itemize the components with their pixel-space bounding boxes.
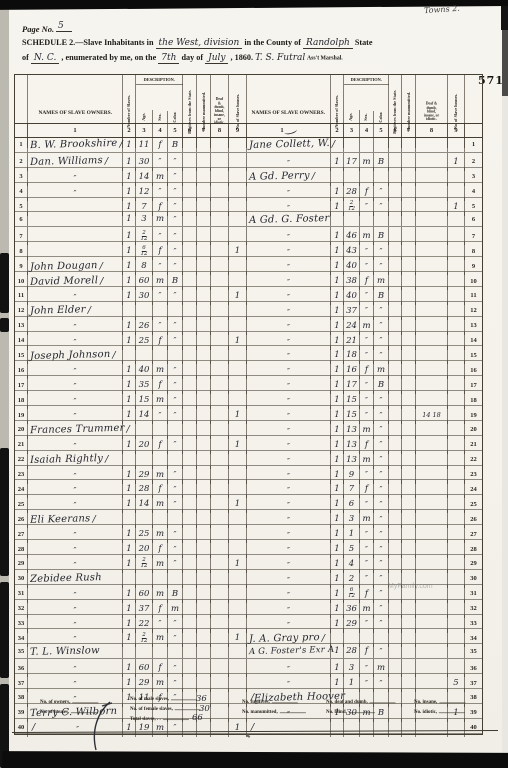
scan-artifact	[0, 318, 9, 332]
slave-count: 1	[126, 157, 131, 167]
cell-sex-right	[360, 212, 374, 226]
ditto: ″	[174, 545, 177, 554]
slave-count: 1	[126, 633, 131, 643]
ditto: ″	[380, 679, 383, 688]
cell-c7-left	[197, 212, 211, 226]
blind-label: No. blind,	[326, 707, 396, 717]
ditto: ″	[380, 321, 383, 330]
slave-count: 1	[126, 589, 131, 599]
ditto: ″	[74, 486, 77, 495]
cell-c7-right	[402, 212, 416, 226]
value: 1	[235, 499, 240, 509]
cell-col-right: ″	[374, 644, 389, 658]
slave-count: 1	[334, 514, 339, 524]
ditto: ″	[159, 157, 162, 166]
age-fraction: 612	[348, 588, 355, 599]
ditto: ″	[365, 545, 368, 554]
table-row-6: 613m″A Gd. G. Foster6	[15, 212, 482, 227]
age-value: 25	[139, 336, 150, 346]
ditto: ″	[380, 306, 383, 315]
ditto: ″	[159, 232, 162, 241]
slave-count: 1	[126, 619, 131, 629]
owner-name: John Elder	[30, 305, 86, 317]
ditto: ″	[174, 411, 177, 420]
slave-count: 1	[334, 350, 339, 360]
blank-line	[163, 719, 189, 720]
ditto: ″	[174, 291, 177, 300]
slave-count: 1	[126, 246, 131, 256]
sex-value: f	[158, 202, 161, 212]
ditto: ″	[174, 202, 177, 211]
insane-label: No. insane,	[414, 697, 465, 707]
row-number: 25	[18, 501, 25, 508]
age-value: 9	[349, 470, 354, 480]
ditto: ″	[287, 606, 290, 615]
owner-name: B. W. Brookshire	[30, 138, 118, 151]
age-value: 28	[346, 646, 357, 656]
check-mark: /	[100, 261, 103, 272]
value: 1	[235, 633, 240, 643]
ditto: ″	[380, 647, 383, 656]
cell-c6-left	[183, 212, 197, 226]
sex-label: Sex.	[157, 113, 162, 120]
slave-count: 1	[126, 276, 131, 286]
ditto: ″	[365, 470, 368, 479]
cell-age-right	[344, 138, 360, 152]
slave-count: 1	[126, 187, 131, 197]
table-row-2: 2Dan. Williams/130″″″117mB12	[15, 153, 482, 168]
cell-c9-left: 1	[229, 719, 247, 737]
row-number: 13	[18, 322, 25, 329]
column-number: 5	[379, 127, 382, 134]
age-value: 17	[346, 380, 357, 390]
ditto: ″	[365, 679, 368, 688]
row-number: 14	[470, 337, 477, 344]
slave-count: 1	[126, 663, 131, 673]
owner-name: Jane Collett, W.	[249, 138, 330, 151]
row-number: 28	[18, 546, 25, 553]
annotation: 14 18	[422, 411, 441, 419]
description-header: DESCRIPTION.	[136, 76, 183, 85]
slave-count: 1	[334, 276, 339, 286]
ditto: ″	[174, 172, 177, 181]
sex-value: m	[362, 425, 370, 435]
ditto: ″	[74, 531, 77, 540]
table-row-26: 26Eli Keerans/″13m″26	[15, 510, 482, 525]
ditto: ″	[159, 411, 162, 420]
ditto: ″	[380, 455, 383, 464]
table-row-25: 25″114m″1″16″″25	[15, 495, 482, 510]
manumitted-label: No. manumitted,	[242, 707, 306, 717]
owner-name: David Morell	[30, 275, 98, 288]
sex-value: m	[156, 395, 164, 405]
color-value: m	[377, 276, 385, 286]
age-value: 35	[139, 380, 150, 390]
sex-value: f	[158, 246, 161, 256]
sex-value: m	[156, 499, 164, 509]
row-number-right: 6	[465, 212, 482, 226]
row-number: 6	[19, 216, 22, 223]
age-value: 13	[346, 425, 357, 435]
row-number: 24	[470, 486, 477, 493]
blank-line	[280, 713, 306, 714]
ditto: ″	[74, 338, 77, 347]
row-number: 9	[19, 263, 22, 270]
ditto: ″	[174, 187, 177, 196]
row-number: 12	[18, 307, 25, 314]
slave-count: 1	[334, 157, 339, 167]
cell-age-right	[344, 212, 360, 226]
cell-s-left	[123, 644, 136, 658]
footer-insane-group: No. insane, No. idiotic,	[414, 697, 465, 717]
owner-name-cell-left: T. L. Winslow	[28, 644, 123, 658]
slave-count: 1	[334, 484, 339, 494]
ditto: ″	[380, 425, 383, 434]
row-number: 30	[470, 575, 477, 582]
sex-value: m	[156, 589, 164, 599]
slave-count: 1	[126, 559, 131, 569]
table-row-7: 71212″″″146mB7	[15, 227, 482, 242]
ditto: ″	[365, 664, 368, 673]
age-value: 60	[139, 663, 150, 673]
slave-count: 1	[126, 604, 131, 614]
color-value: B	[378, 157, 384, 167]
slave-count: 1	[334, 380, 339, 390]
row-number: 9	[472, 263, 475, 270]
slave-count: 1	[126, 544, 131, 554]
cell-sex-left: m	[153, 212, 168, 226]
ditto: ″	[74, 442, 77, 451]
age-value: 30	[139, 291, 150, 301]
table-row-19: 19″114″″1″115″″14 1819	[15, 406, 482, 421]
ditto: ″	[74, 323, 77, 332]
age-value: 25	[139, 529, 150, 539]
ditto: ″	[159, 262, 162, 271]
column-number-4-right: 4	[360, 124, 374, 137]
ditto: ″	[287, 621, 290, 630]
sex-value: m	[156, 633, 164, 643]
column-number: 1	[73, 127, 76, 134]
row-number: 7	[19, 233, 22, 240]
color-label: Color.	[379, 112, 384, 123]
table-row-22: 22Isaiah Rightly/″113m″22	[15, 451, 482, 466]
ditto: ″	[74, 665, 77, 674]
sex-value: f	[158, 140, 161, 150]
column-number-4-left: 4	[153, 124, 168, 137]
ditto: ″	[74, 501, 77, 510]
color-value: B	[172, 589, 178, 599]
row-number: 34	[470, 635, 477, 642]
scanned-document: Towns 2. Page No. 5 SCHEDULE 2.—Slave In…	[0, 0, 508, 768]
age-value: 43	[346, 246, 357, 256]
ditto: ″	[287, 531, 290, 540]
ditto: ″	[287, 501, 290, 510]
cell-c9-left	[229, 212, 247, 226]
cell-age-right: 28	[344, 644, 360, 658]
owner-name: T. L. Winslow	[30, 645, 100, 658]
ditto: ″	[365, 381, 368, 390]
column-number-2-left: 2	[123, 124, 136, 137]
row-number: 11	[470, 292, 476, 299]
ditto: ″	[174, 336, 177, 345]
division-handwritten: the West, division	[156, 38, 243, 49]
age-fraction: 212	[141, 558, 148, 569]
slave-schedule-table: NAMES OF SLAVE OWNERS.Number of Slaves.D…	[14, 74, 483, 735]
deaf-label: Deaf & dumb, blind, insane, or idiotic.	[423, 102, 439, 122]
table-row-16: 16″140m″″116fm16	[15, 361, 482, 376]
day-of-label: day of	[181, 53, 203, 62]
ditto: ″	[287, 412, 290, 421]
ditto: ″	[159, 291, 162, 300]
col-header-sex-right: Sex.	[360, 111, 374, 123]
ditto: ″	[287, 397, 290, 406]
owner-name: Joseph Johnson	[30, 349, 111, 362]
value: 1	[235, 559, 240, 569]
ditto: ″	[159, 321, 162, 330]
ditto: ″	[287, 189, 290, 198]
col-header-age-right: Age.	[344, 110, 360, 123]
slave-count: 1	[334, 646, 339, 656]
col-header-sex-left: Sex.	[153, 111, 168, 123]
ditto: ″	[174, 559, 177, 568]
cell-c7-left	[197, 138, 211, 152]
table-row-23: 23″129m″″19″″23	[15, 466, 482, 481]
age-value: 1	[349, 678, 354, 688]
age-value: 8	[141, 261, 146, 271]
table-row-9: 9John Dougan/18″″″140″″9	[15, 257, 482, 272]
cell-s-right	[331, 212, 344, 226]
age-value: 40	[346, 291, 357, 301]
owner-name: Dan. Williams	[30, 155, 103, 168]
sex-value: m	[362, 455, 370, 465]
row-number: 39	[18, 709, 25, 716]
month-handwritten: July	[205, 53, 228, 64]
ditto: ″	[365, 530, 368, 539]
color-value: B	[172, 140, 178, 150]
table-row-10: 10David Morell/160mB″138fm10	[15, 272, 482, 287]
ditto: ″	[174, 440, 177, 449]
ditto: ″	[380, 336, 383, 345]
table-row-21: 21″120f″1″113f″21	[15, 436, 482, 451]
column-number: 4	[365, 127, 368, 134]
cell-c7-left	[197, 644, 211, 658]
owner-name: Zebidee Rush	[30, 572, 102, 585]
slave-count: 1	[334, 604, 339, 614]
row-number: 17	[470, 382, 477, 389]
ditto: ″	[365, 247, 368, 256]
cell-c8-right	[416, 212, 448, 226]
age-value: 14	[139, 499, 150, 509]
male-slaves-label: No. of male slaves,	[130, 694, 201, 704]
row-number: 36	[470, 665, 477, 672]
row-number: 13	[470, 322, 477, 329]
color-value: B	[172, 276, 178, 286]
sex-value: m	[156, 365, 164, 375]
enumerated-label: , enumerated by me, on the	[61, 53, 156, 62]
ditto: ″	[380, 619, 383, 628]
day-handwritten: 7th	[158, 53, 179, 64]
scan-bottom-bar	[2, 751, 508, 768]
ditto: ″	[159, 619, 162, 628]
female-slaves-label: No. of female slaves,	[130, 704, 201, 714]
column-number-7-left: 7	[197, 124, 211, 137]
row-number: 14	[18, 337, 25, 344]
row-number: 31	[18, 590, 25, 597]
ditto: ″	[287, 472, 290, 481]
row-number-right: 40	[465, 719, 482, 737]
ditto: ″	[380, 485, 383, 494]
sex-value: m	[156, 214, 164, 224]
age-fraction: 612	[141, 246, 148, 257]
row-number: 4	[19, 188, 22, 195]
check-mark: /	[112, 350, 115, 361]
ditto: ″	[174, 366, 177, 375]
ditto: ″	[380, 411, 383, 420]
ditto: ″	[174, 262, 177, 271]
color-value: m	[171, 604, 179, 614]
row-number: 37	[18, 680, 25, 687]
slave-count: 1	[126, 172, 131, 182]
cell-c6-left	[183, 644, 197, 658]
column-number-row: 123456789123456789	[15, 124, 482, 138]
sex-value: f	[365, 276, 368, 286]
row-number: 28	[470, 546, 477, 553]
slave-count: 1	[334, 306, 339, 316]
ditto: ″	[287, 278, 290, 287]
row-number: 23	[470, 471, 477, 478]
ditto: ″	[380, 202, 383, 211]
sex-value: m	[362, 514, 370, 524]
row-number: 20	[470, 426, 477, 433]
sex-value: f	[158, 336, 161, 346]
ditto: ″	[74, 606, 77, 615]
check-mark: /	[105, 156, 108, 167]
sex-value: m	[156, 172, 164, 182]
row-number: 2	[19, 158, 22, 165]
color-value: m	[377, 365, 385, 375]
age-value: 7	[141, 202, 146, 212]
description-label: DESCRIPTION.	[143, 78, 174, 83]
owner-name-cell-right: /	[247, 719, 331, 737]
color-value: m	[377, 663, 385, 673]
cell-c9-right	[448, 138, 465, 152]
row-number: 31	[470, 590, 477, 597]
row-number-right: 35	[465, 644, 482, 658]
ditto: ″	[287, 457, 290, 466]
cell-c8-left	[211, 138, 229, 152]
ink-scribble	[283, 126, 297, 135]
age-value: 13	[346, 455, 357, 465]
sex-value: f	[365, 440, 368, 450]
row-number: 15	[18, 352, 25, 359]
row-number: 35	[470, 648, 477, 655]
age-value: 29	[139, 678, 150, 688]
column-number-2-right: 2	[331, 124, 344, 137]
county-handwritten: Randolph	[303, 38, 353, 49]
owner-name: J. A. Gray pro	[249, 632, 320, 645]
row-number: 29	[470, 560, 477, 567]
slave-count: 1	[334, 440, 339, 450]
table-row-3: 3″114m″A Gd. Perry/3	[15, 168, 482, 183]
age-value: 5	[349, 544, 354, 554]
schedule-label: SCHEDULE 2.—Slave Inhabitants in	[22, 38, 154, 47]
cell-c6-left	[183, 138, 197, 152]
ditto: ″	[287, 338, 290, 347]
cell-sex-left: f	[153, 138, 168, 152]
cell-c6-right	[389, 644, 402, 658]
row-number: 26	[470, 516, 477, 523]
cell-col-right	[374, 719, 389, 737]
table-row-5: 517f″″1212″″15	[15, 198, 482, 213]
age-value: 3	[349, 663, 354, 673]
age-value: 7	[349, 484, 354, 494]
column-number: 8	[218, 127, 221, 134]
column-number-7-right: 7	[402, 124, 416, 137]
ditto: ″	[74, 174, 77, 183]
age-value: 38	[346, 276, 357, 286]
color-value: B	[378, 291, 384, 301]
owner-name: Frances Trummer	[30, 423, 125, 436]
age-denominator: 12	[348, 594, 355, 599]
ditto: ″	[74, 412, 77, 421]
cell-c9-right	[448, 212, 465, 226]
row-number: 32	[18, 605, 25, 612]
of-label: of	[22, 53, 29, 62]
row-number: 20	[18, 426, 25, 433]
ditto: ″	[287, 263, 290, 272]
slave-count: 1	[126, 484, 131, 494]
cell-sex-left	[153, 644, 168, 658]
scan-artifact	[0, 253, 9, 313]
ditto: ″	[174, 232, 177, 241]
row-number: 1	[19, 141, 22, 148]
value: 1	[235, 291, 240, 301]
ditto: ″	[380, 262, 383, 271]
ditto: ″	[74, 189, 77, 198]
sex-value: m	[362, 321, 370, 331]
column-number-3-right: 3	[344, 124, 360, 137]
cell-c9-right	[448, 719, 465, 737]
ditto: ″	[74, 397, 77, 406]
cell-c6-right	[389, 719, 402, 737]
age-value: 36	[346, 604, 357, 614]
cell-s-right	[331, 138, 344, 152]
ditto: ″	[287, 665, 290, 674]
ditto: ″	[380, 545, 383, 554]
row-number: 23	[18, 471, 25, 478]
slave-count: 1	[334, 544, 339, 554]
slave-count: 1	[334, 395, 339, 405]
cell-c7-right	[402, 719, 416, 737]
row-number-left: 1	[15, 138, 28, 152]
ditto: ″	[174, 321, 177, 330]
column-number: 9	[236, 127, 239, 134]
slave-count: 1	[334, 663, 339, 673]
ditto: ″	[365, 500, 368, 509]
sex-value: f	[365, 365, 368, 375]
ditto: ″	[287, 159, 290, 168]
row-number: 21	[470, 441, 477, 448]
row-number: 22	[18, 456, 25, 463]
ditto: ″	[365, 262, 368, 271]
ditto: ″	[380, 247, 383, 256]
column-number: 9	[454, 127, 457, 134]
slave-count: 1	[126, 231, 131, 241]
footer-totals-group: No. of male slaves, No. of female slaves…	[130, 694, 201, 724]
cell-c7-right	[402, 138, 416, 152]
colnum-blank-left	[15, 124, 28, 137]
row-number: 4	[472, 188, 475, 195]
